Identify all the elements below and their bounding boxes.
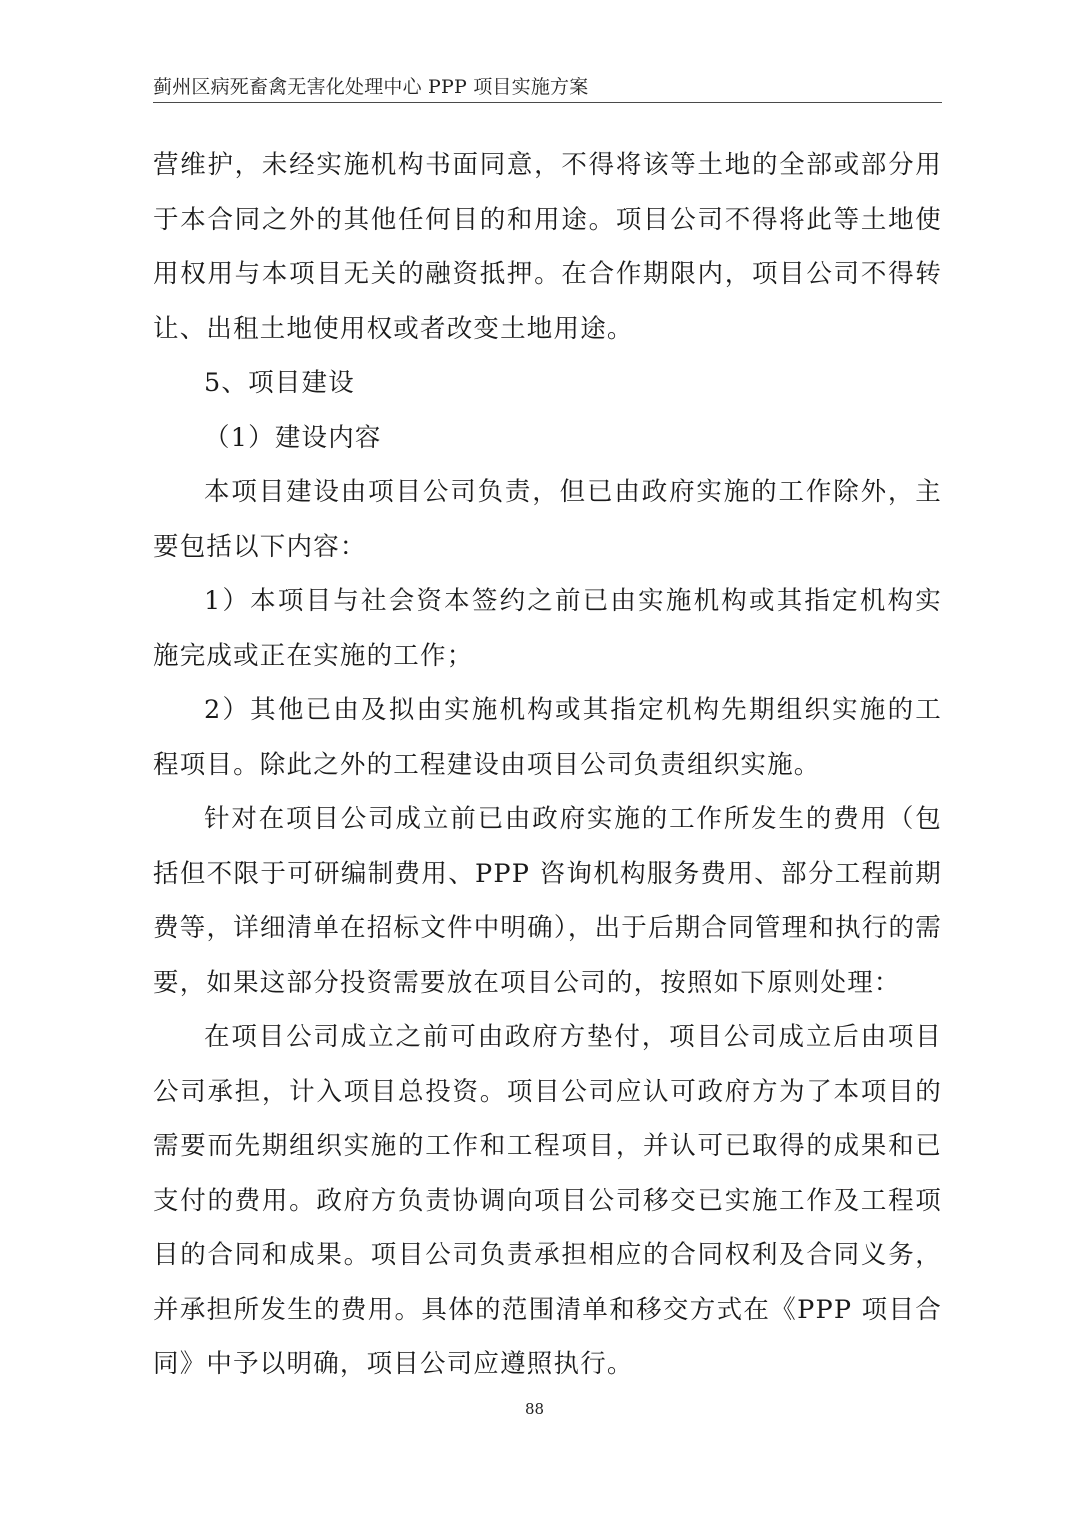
header-title: 蓟州区病死畜禽无害化处理中心 PPP 项目实施方案	[153, 76, 588, 98]
section-heading-project-construction: 5、项目建设	[153, 356, 942, 411]
subsection-heading-construction-content: （1）建设内容	[153, 411, 942, 466]
paragraph-land-use-continuation: 营维护，未经实施机构书面同意，不得将该等土地的全部或部分用于本合同之外的其他任何…	[153, 138, 942, 356]
list-item-1: 1）本项目与社会资本签约之前已由实施机构或其指定机构实施完成或正在实施的工作；	[153, 574, 942, 683]
list-item-2: 2）其他已由及拟由实施机构或其指定机构先期组织实施的工程项目。除此之外的工程建设…	[153, 683, 942, 792]
document-page: 蓟州区病死畜禽无害化处理中心 PPP 项目实施方案 营维护，未经实施机构书面同意…	[0, 0, 1069, 1514]
paragraph-cost-handling-principle: 在项目公司成立之前可由政府方垫付，项目公司成立后由项目公司承担，计入项目总投资。…	[153, 1010, 942, 1392]
body-text: 营维护，未经实施机构书面同意，不得将该等土地的全部或部分用于本合同之外的其他任何…	[153, 138, 942, 1392]
paragraph-construction-responsibility: 本项目建设由项目公司负责，但已由政府实施的工作除外，主要包括以下内容：	[153, 465, 942, 574]
running-header: 蓟州区病死畜禽无害化处理中心 PPP 项目实施方案	[153, 76, 942, 103]
page-number: 88	[0, 1400, 1069, 1418]
paragraph-prior-costs: 针对在项目公司成立前已由政府实施的工作所发生的费用（包括但不限于可研编制费用、P…	[153, 792, 942, 1010]
